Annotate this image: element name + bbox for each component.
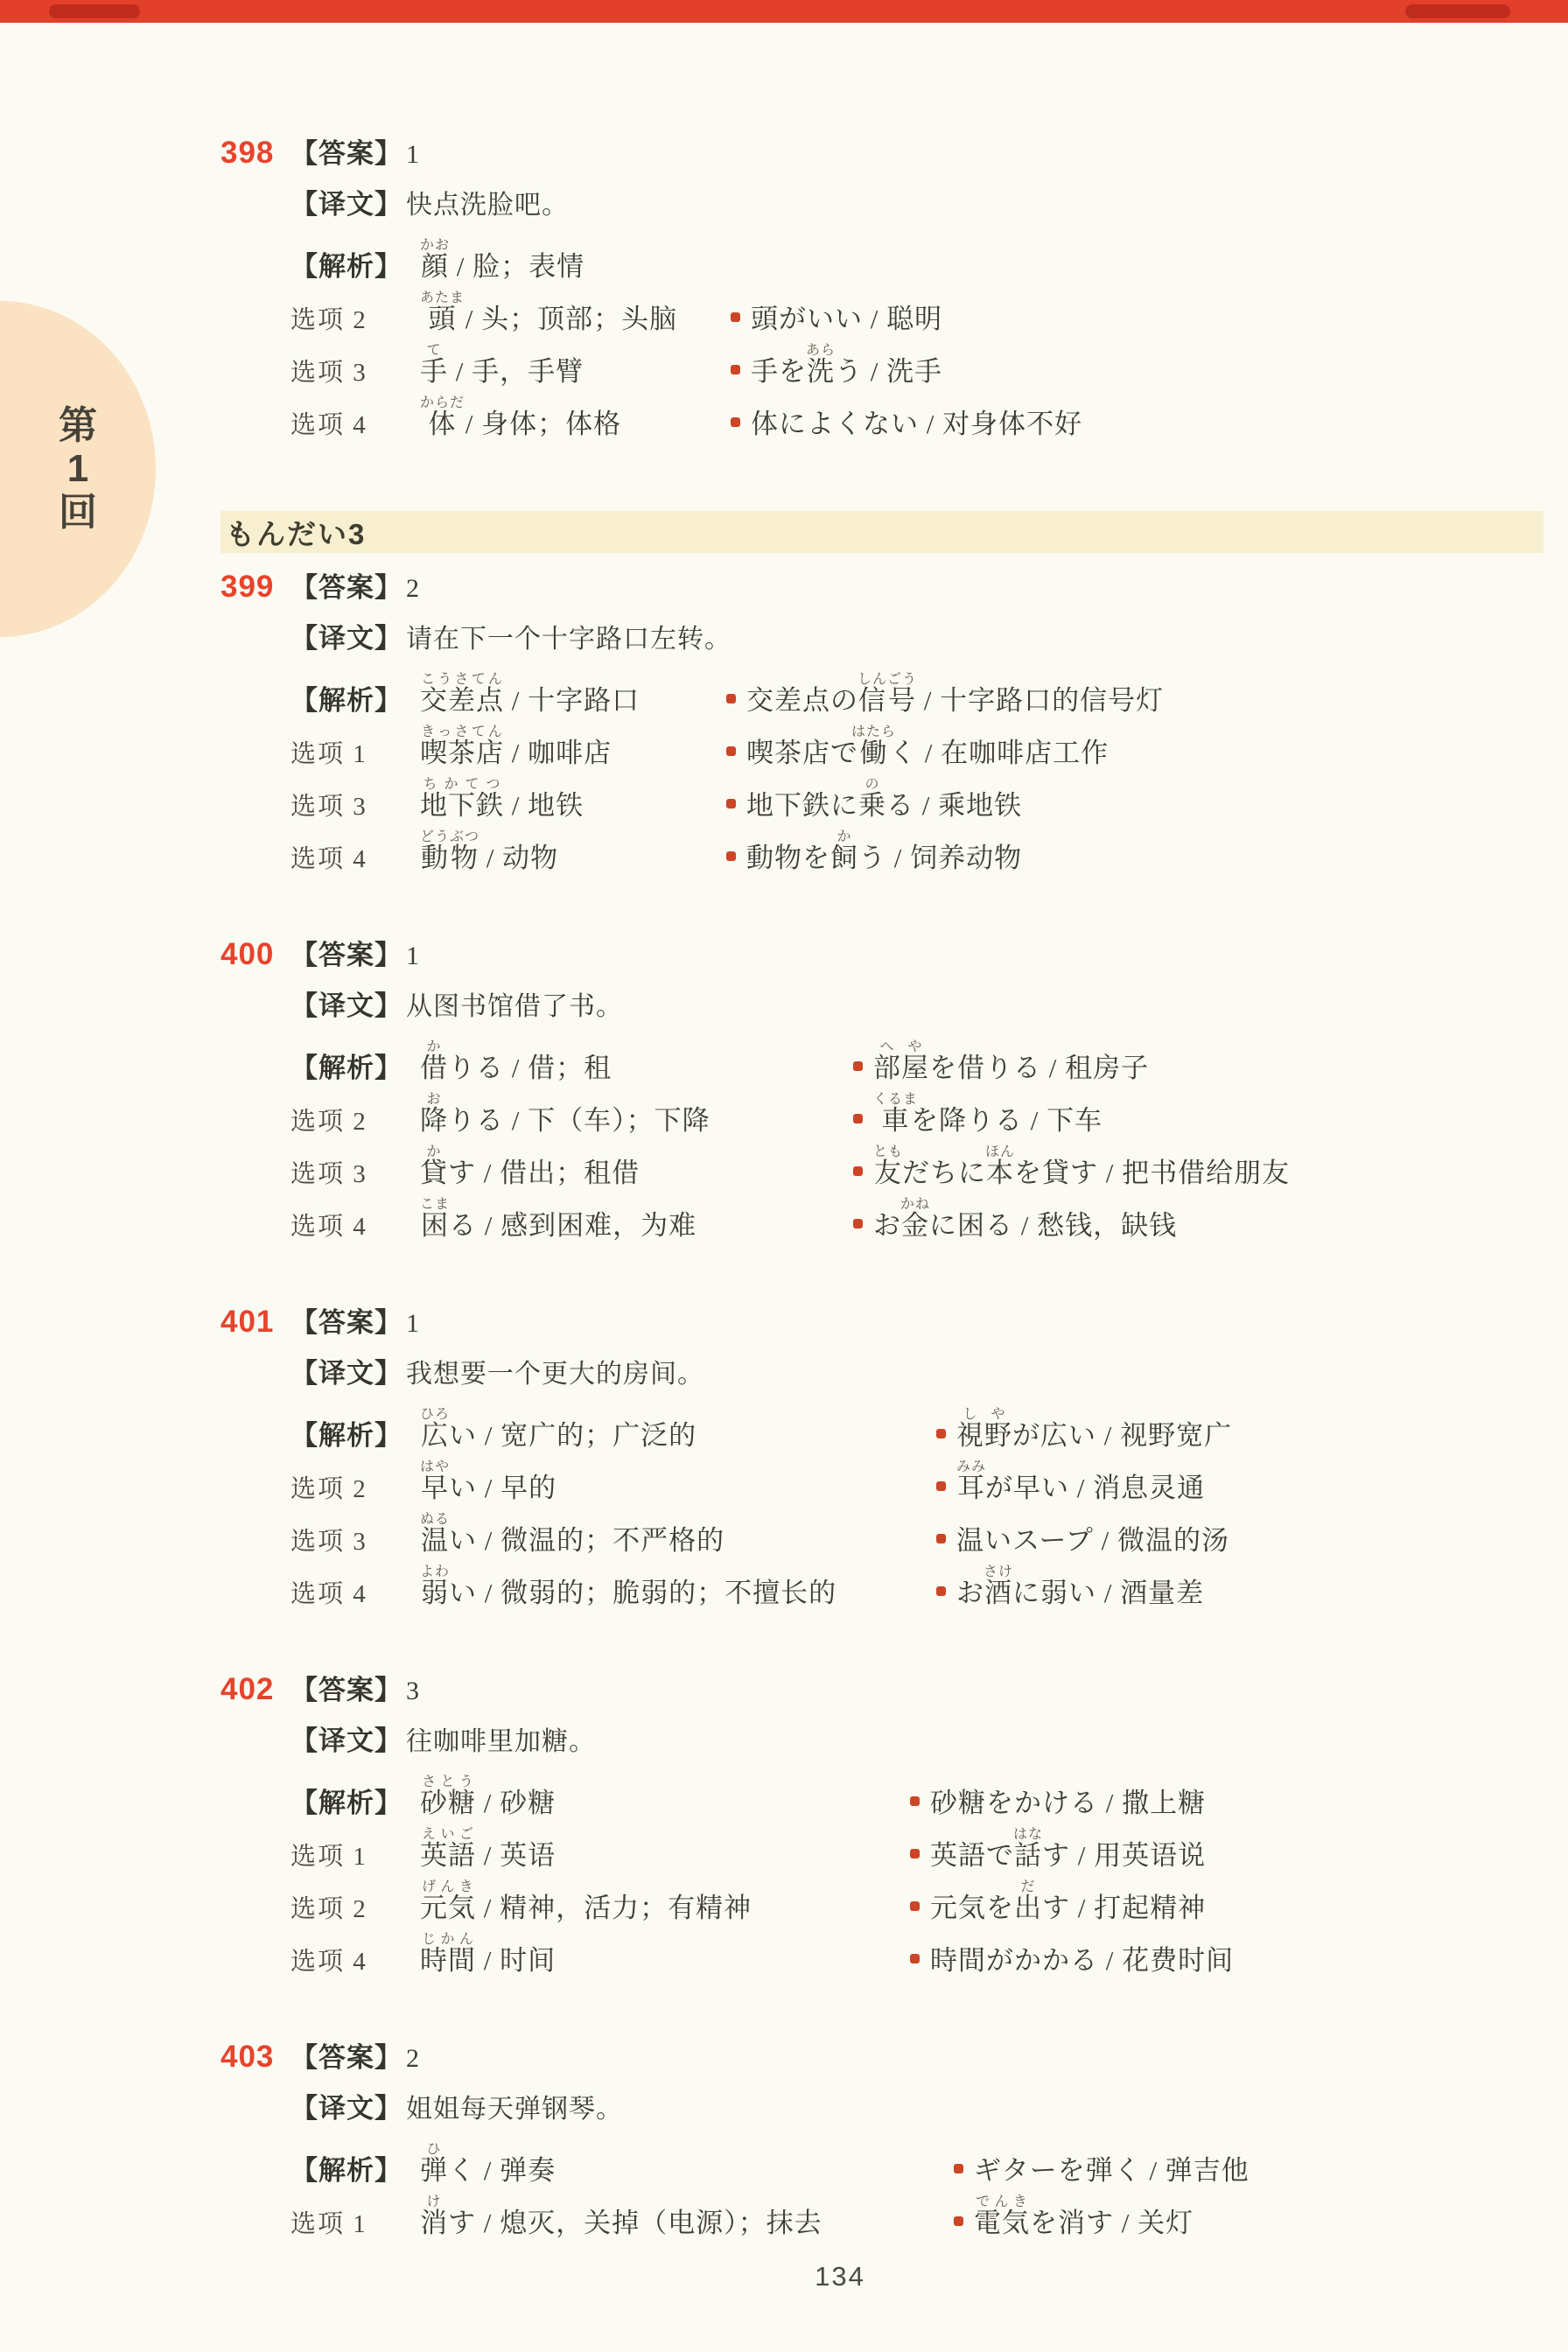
vocab-rows: 【解析】 砂糖さとう / 砂糖 砂糖をかける / 撒上糖 选项 1 英語えいご … [220,1767,1543,1977]
section-header-label: もんだい3 [226,512,366,553]
answer-entry: 403 【答案】 2 【译文】 姐姐每天弹钢琴。 【解析】 弾ひく / 弹奏 ギ… [220,2035,1543,2240]
bullet-icon [954,2216,963,2226]
row-label: 选项 3 [290,353,420,388]
answer-value: 1 [406,1309,419,1339]
vocab-row: 选项 2 頭あたま / 头；顶部；头脑 頭がいい / 聪明 [220,283,1543,336]
translation-text: 姐姐每天弹钢琴。 [406,2087,623,2125]
answer-value: 3 [406,1676,419,1706]
vocab-rows: 【解析】 弾ひく / 弹奏 ギターを弾く / 弹吉他 选项 1 消けす / 熄灭… [220,2135,1543,2240]
row-word: 手て / 手，手臂 [420,343,731,388]
round-number-badge: 第 1 回 [0,301,156,637]
badge-char-1: 第 [59,404,97,447]
row-word: 体からだ / 身体；体格 [420,395,731,441]
row-label: 【解析】 [290,1046,420,1085]
row-example: 視野しやが広い / 视野宽广 [936,1407,1232,1452]
entries: 398 【答案】 1 【译文】 快点洗脸吧。 【解析】 顔かお / 脸；表情 选… [220,131,1543,2298]
row-label: 选项 1 [290,2204,420,2240]
row-label: 【解析】 [290,1781,420,1820]
vocab-rows: 【解析】 交差点こうさてん / 十字路口 交差点の信号しんごう / 十字路口的信… [220,665,1543,875]
translation-label: 【译文】 [290,2086,402,2125]
bullet-icon [936,1429,946,1438]
vocab-row: 选项 1 喫茶店きっさてん / 咖啡店 喫茶店で働はたらく / 在咖啡店工作 [220,717,1543,770]
answer-label: 【答案】 [290,565,402,605]
answer-entry: 402 【答案】 3 【译文】 往咖啡里加糖。 【解析】 砂糖さとう / 砂糖 … [220,1668,1543,1977]
row-word: 貸かす / 借出；租借 [420,1144,853,1190]
row-example: お酒さけに弱い / 酒量差 [936,1564,1204,1610]
vocab-row: 选项 2 早はやい / 早的 耳みみが早い / 消息灵通 [220,1452,1543,1505]
question-number: 398 [220,136,290,171]
vocab-row: 选项 4 動物どうぶつ / 动物 動物を飼かう / 饲养动物 [220,822,1543,875]
vocab-row: 【解析】 弾ひく / 弹奏 ギターを弾く / 弹吉他 [220,2135,1543,2187]
answer-label: 【答案】 [290,2035,402,2075]
translation-label: 【译文】 [290,983,402,1023]
row-example: 耳みみが早い / 消息灵通 [936,1459,1205,1505]
answer-entry: 400 【答案】 1 【译文】 从图书馆借了书。 【解析】 借かりる / 借；租… [220,933,1543,1242]
translation-line: 【译文】 从图书馆借了书。 [220,983,1543,1029]
row-example: 砂糖をかける / 撒上糖 [910,1781,1206,1820]
row-example: 友ともだちに本ほんを貸す / 把书借给朋友 [853,1144,1290,1190]
translation-line: 【译文】 姐姐每天弹钢琴。 [220,2086,1543,2131]
row-label: 选项 2 [290,300,420,336]
translation-label: 【译文】 [290,616,402,655]
bullet-icon [853,1114,863,1123]
bullet-icon [731,312,740,322]
row-word: 頭あたま / 头；顶部；头脑 [420,290,731,336]
row-word: 困こまる / 感到困难，为难 [420,1197,853,1242]
answer-value: 2 [406,2044,419,2074]
badge-char-3: 回 [59,491,97,534]
vocab-row: 选项 4 体からだ / 身体；体格 体によくない / 对身体不好 [220,388,1543,441]
row-word: 温ぬるい / 微温的；不严格的 [420,1512,936,1557]
bullet-icon [726,694,736,703]
row-example: 英語で話はなす / 用英语说 [910,1827,1206,1872]
answer-line: 402 【答案】 3 [220,1668,1543,1708]
row-example: 電気でんきを消す / 关灯 [954,2194,1193,2240]
top-bar-left-tab [49,4,140,18]
top-decoration-bar [0,0,1568,23]
translation-text: 往咖啡里加糖。 [406,1719,596,1758]
row-label: 选项 4 [290,1207,420,1242]
row-example: ギターを弾く / 弹吉他 [954,2148,1249,2187]
vocab-row: 选项 2 降おりる / 下（车）；下降 車くるまを降りる / 下车 [220,1085,1543,1137]
answer-line: 401 【答案】 1 [220,1300,1543,1340]
bullet-icon [853,1166,863,1176]
row-label: 选项 2 [290,1889,420,1925]
row-word: 消けす / 熄灭，关掉（电源）；抹去 [420,2194,954,2240]
row-example: 地下鉄に乗のる / 乘地铁 [726,777,1022,822]
row-word: 交差点こうさてん / 十字路口 [420,672,726,717]
row-example: 体によくない / 对身体不好 [731,402,1082,441]
vocab-row: 选项 1 英語えいご / 英语 英語で話はなす / 用英语说 [220,1820,1543,1872]
translation-label: 【译文】 [290,182,402,221]
translation-line: 【译文】 请在下一个十字路口左转。 [220,616,1543,661]
section-header-mondai: もんだい3 [220,511,1543,553]
answer-line: 403 【答案】 2 [220,2035,1543,2075]
bullet-icon [954,2164,963,2173]
answer-value: 1 [406,140,419,170]
vocab-row: 【解析】 顔かお / 脸；表情 [220,231,1543,283]
bullet-icon [936,1534,946,1543]
translation-line: 【译文】 我想要一个更大的房间。 [220,1351,1543,1396]
row-example: 交差点の信号しんごう / 十字路口的信号灯 [726,672,1164,717]
row-word: 弱よわい / 微弱的；脆弱的；不擅长的 [420,1564,936,1610]
row-label: 【解析】 [290,244,420,283]
row-word: 弾ひく / 弹奏 [420,2142,954,2187]
row-word: 早はやい / 早的 [420,1459,936,1505]
row-example: 頭がいい / 聪明 [731,297,942,336]
row-example: お金かねに困る / 愁钱，缺钱 [853,1197,1177,1242]
bullet-icon [731,365,740,374]
row-label: 【解析】 [290,678,420,717]
translation-text: 请在下一个十字路口左转。 [406,617,731,655]
row-example: 車くるまを降りる / 下车 [853,1092,1102,1137]
vocab-rows: 【解析】 借かりる / 借；租 部屋へやを借りる / 租房子 选项 2 降おりる… [220,1032,1543,1242]
row-example: 喫茶店で働はたらく / 在咖啡店工作 [726,724,1109,770]
row-label: 选项 4 [290,405,420,441]
answer-entry: 399 【答案】 2 【译文】 请在下一个十字路口左转。 【解析】 交差点こうさ… [220,565,1543,875]
badge-char-2: 1 [67,447,88,490]
translation-line: 【译文】 往咖啡里加糖。 [220,1718,1543,1764]
vocab-row: 选项 3 手て / 手，手臂 手を洗あらう / 洗手 [220,336,1543,388]
bullet-icon [910,1849,920,1858]
row-word: 降おりる / 下（车）；下降 [420,1092,853,1137]
question-number: 402 [220,1672,290,1707]
vocab-row: 【解析】 広ひろい / 宽广的；广泛的 視野しやが広い / 视野宽广 [220,1400,1543,1452]
bullet-icon [853,1061,863,1071]
translation-text: 我想要一个更大的房间。 [406,1352,704,1390]
row-label: 选项 3 [290,787,420,822]
row-label: 选项 2 [290,1102,420,1137]
vocab-row: 【解析】 借かりる / 借；租 部屋へやを借りる / 租房子 [220,1032,1543,1085]
vocab-row: 选项 3 貸かす / 借出；租借 友ともだちに本ほんを貸す / 把书借给朋友 [220,1137,1543,1190]
row-word: 砂糖さとう / 砂糖 [420,1774,910,1820]
vocab-row: 选项 2 元気げんき / 精神，活力；有精神 元気を出だす / 打起精神 [220,1872,1543,1925]
answer-entry: 398 【答案】 1 【译文】 快点洗脸吧。 【解析】 顔かお / 脸；表情 选… [220,131,1543,441]
row-word: 顔かお / 脸；表情 [420,238,731,283]
vocab-row: 【解析】 砂糖さとう / 砂糖 砂糖をかける / 撒上糖 [220,1767,1543,1820]
row-example: 元気を出だす / 打起精神 [910,1879,1206,1925]
translation-label: 【译文】 [290,1718,402,1758]
question-number: 403 [220,2040,290,2075]
row-word: 動物どうぶつ / 动物 [420,829,726,875]
vocab-row: 选项 4 弱よわい / 微弱的；脆弱的；不擅长的 お酒さけに弱い / 酒量差 [220,1557,1543,1610]
row-label: 【解析】 [290,1413,420,1452]
row-word: 地下鉄ちかてつ / 地铁 [420,777,726,822]
page-number: 134 [779,2261,901,2292]
bullet-icon [853,1219,863,1228]
row-word: 借かりる / 借；租 [420,1039,853,1085]
row-label: 选项 4 [290,1574,420,1610]
question-number: 399 [220,570,290,605]
row-word: 時間じかん / 时间 [420,1932,910,1977]
row-label: 选项 2 [290,1469,420,1505]
translation-text: 快点洗脸吧。 [406,183,569,221]
row-word: 広ひろい / 宽广的；广泛的 [420,1407,936,1452]
vocab-row: 选项 3 地下鉄ちかてつ / 地铁 地下鉄に乗のる / 乘地铁 [220,770,1543,822]
vocab-row: 选项 3 温ぬるい / 微温的；不严格的 温いスープ / 微温的汤 [220,1505,1543,1557]
answer-label: 【答案】 [290,1300,402,1340]
translation-label: 【译文】 [290,1351,402,1390]
row-label: 选项 4 [290,839,420,875]
row-label: 选项 3 [290,1154,420,1190]
vocab-row: 【解析】 交差点こうさてん / 十字路口 交差点の信号しんごう / 十字路口的信… [220,665,1543,717]
vocab-rows: 【解析】 顔かお / 脸；表情 选项 2 頭あたま / 头；顶部；头脑 頭がいい… [220,231,1543,441]
bullet-icon [726,746,736,756]
row-label: 选项 1 [290,1837,420,1872]
row-word: 元気げんき / 精神，活力；有精神 [420,1879,910,1925]
answer-entry: 401 【答案】 1 【译文】 我想要一个更大的房间。 【解析】 広ひろい / … [220,1300,1543,1610]
top-bar-right-tab [1405,4,1510,18]
answer-line: 398 【答案】 1 [220,131,1543,171]
row-label: 选项 1 [290,734,420,770]
row-label: 选项 4 [290,1942,420,1977]
translation-text: 从图书馆借了书。 [406,984,623,1023]
bullet-icon [910,1796,920,1806]
row-label: 选项 3 [290,1522,420,1557]
row-example: 温いスープ / 微温的汤 [936,1518,1229,1557]
bullet-icon [726,851,736,861]
vocab-row: 选项 4 時間じかん / 时间 時間がかかる / 花费时间 [220,1925,1543,1977]
row-example: 動物を飼かう / 饲养动物 [726,829,1022,875]
bullet-icon [731,417,740,427]
answer-value: 2 [406,574,419,604]
question-number: 401 [220,1305,290,1340]
bullet-icon [910,1954,920,1963]
bullet-icon [936,1586,946,1596]
row-word: 英語えいご / 英语 [420,1827,910,1872]
bullet-icon [936,1481,946,1491]
answer-label: 【答案】 [290,131,402,171]
answer-value: 1 [406,941,419,971]
row-example: 部屋へやを借りる / 租房子 [853,1039,1149,1085]
bullet-icon [726,799,736,808]
row-example: 手を洗あらう / 洗手 [731,343,942,388]
question-number: 400 [220,937,290,972]
answer-label: 【答案】 [290,1668,402,1707]
bullet-icon [910,1901,920,1911]
row-word: 喫茶店きっさてん / 咖啡店 [420,724,726,770]
vocab-rows: 【解析】 広ひろい / 宽广的；广泛的 視野しやが広い / 视野宽广 选项 2 … [220,1400,1543,1610]
answer-line: 399 【答案】 2 [220,565,1543,605]
vocab-row: 选项 4 困こまる / 感到困难，为难 お金かねに困る / 愁钱，缺钱 [220,1190,1543,1242]
row-label: 【解析】 [290,2148,420,2187]
answer-label: 【答案】 [290,933,402,972]
translation-line: 【译文】 快点洗脸吧。 [220,182,1543,227]
answer-line: 400 【答案】 1 [220,933,1543,973]
row-example: 時間がかかる / 花费时间 [910,1938,1234,1977]
vocab-row: 选项 1 消けす / 熄灭，关掉（电源）；抹去 電気でんきを消す / 关灯 [220,2187,1543,2240]
